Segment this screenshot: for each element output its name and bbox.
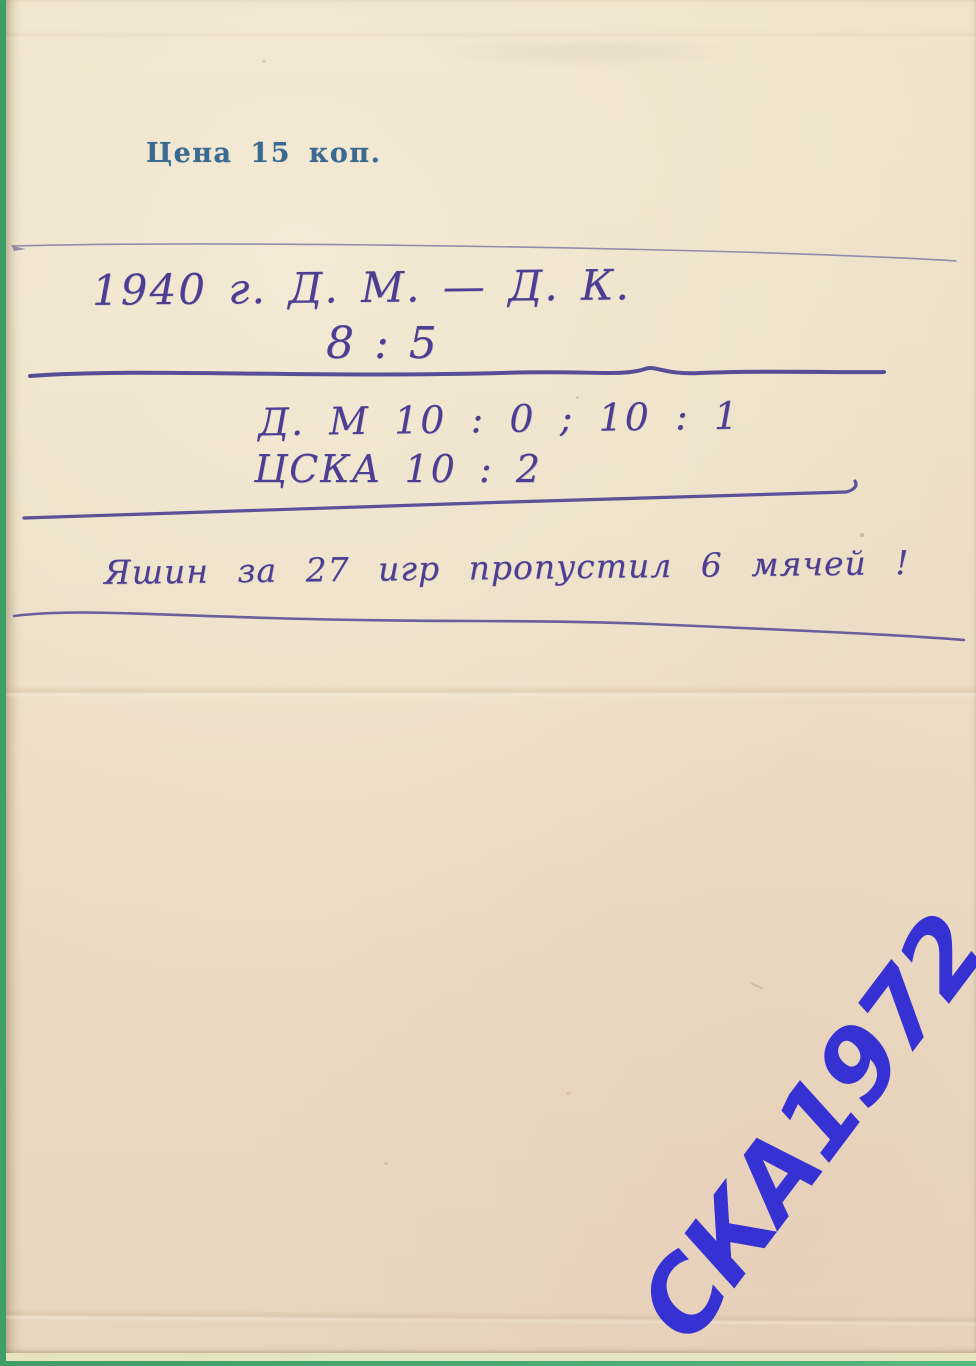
handwritten-score: 8 : 5 (326, 318, 440, 369)
paper-bottom-edge (6, 1353, 976, 1361)
paper-speck (262, 60, 266, 63)
paper-fiber (750, 982, 764, 990)
photo-background: Цена 15 коп. 1940 г. Д. М. — Д. К. 8 : 5… (0, 0, 976, 1366)
paper-speck (860, 533, 864, 537)
printed-price-label: Цена 15 коп. (146, 138, 382, 169)
paper-speck (566, 1092, 571, 1095)
handwritten-detail-line-2: ЦСКА 10 : 2 (254, 447, 542, 491)
paper-speck (384, 1162, 388, 1165)
handwritten-detail-line-1: Д. М 10 : 0 ; 10 : 1 (258, 394, 741, 445)
fold-crease-middle (6, 686, 976, 698)
bleed-through-smudge (386, 32, 786, 72)
handwritten-year-line: 1940 г. Д. М. — Д. К. (92, 260, 631, 315)
fold-crease-bottom (6, 1309, 976, 1328)
